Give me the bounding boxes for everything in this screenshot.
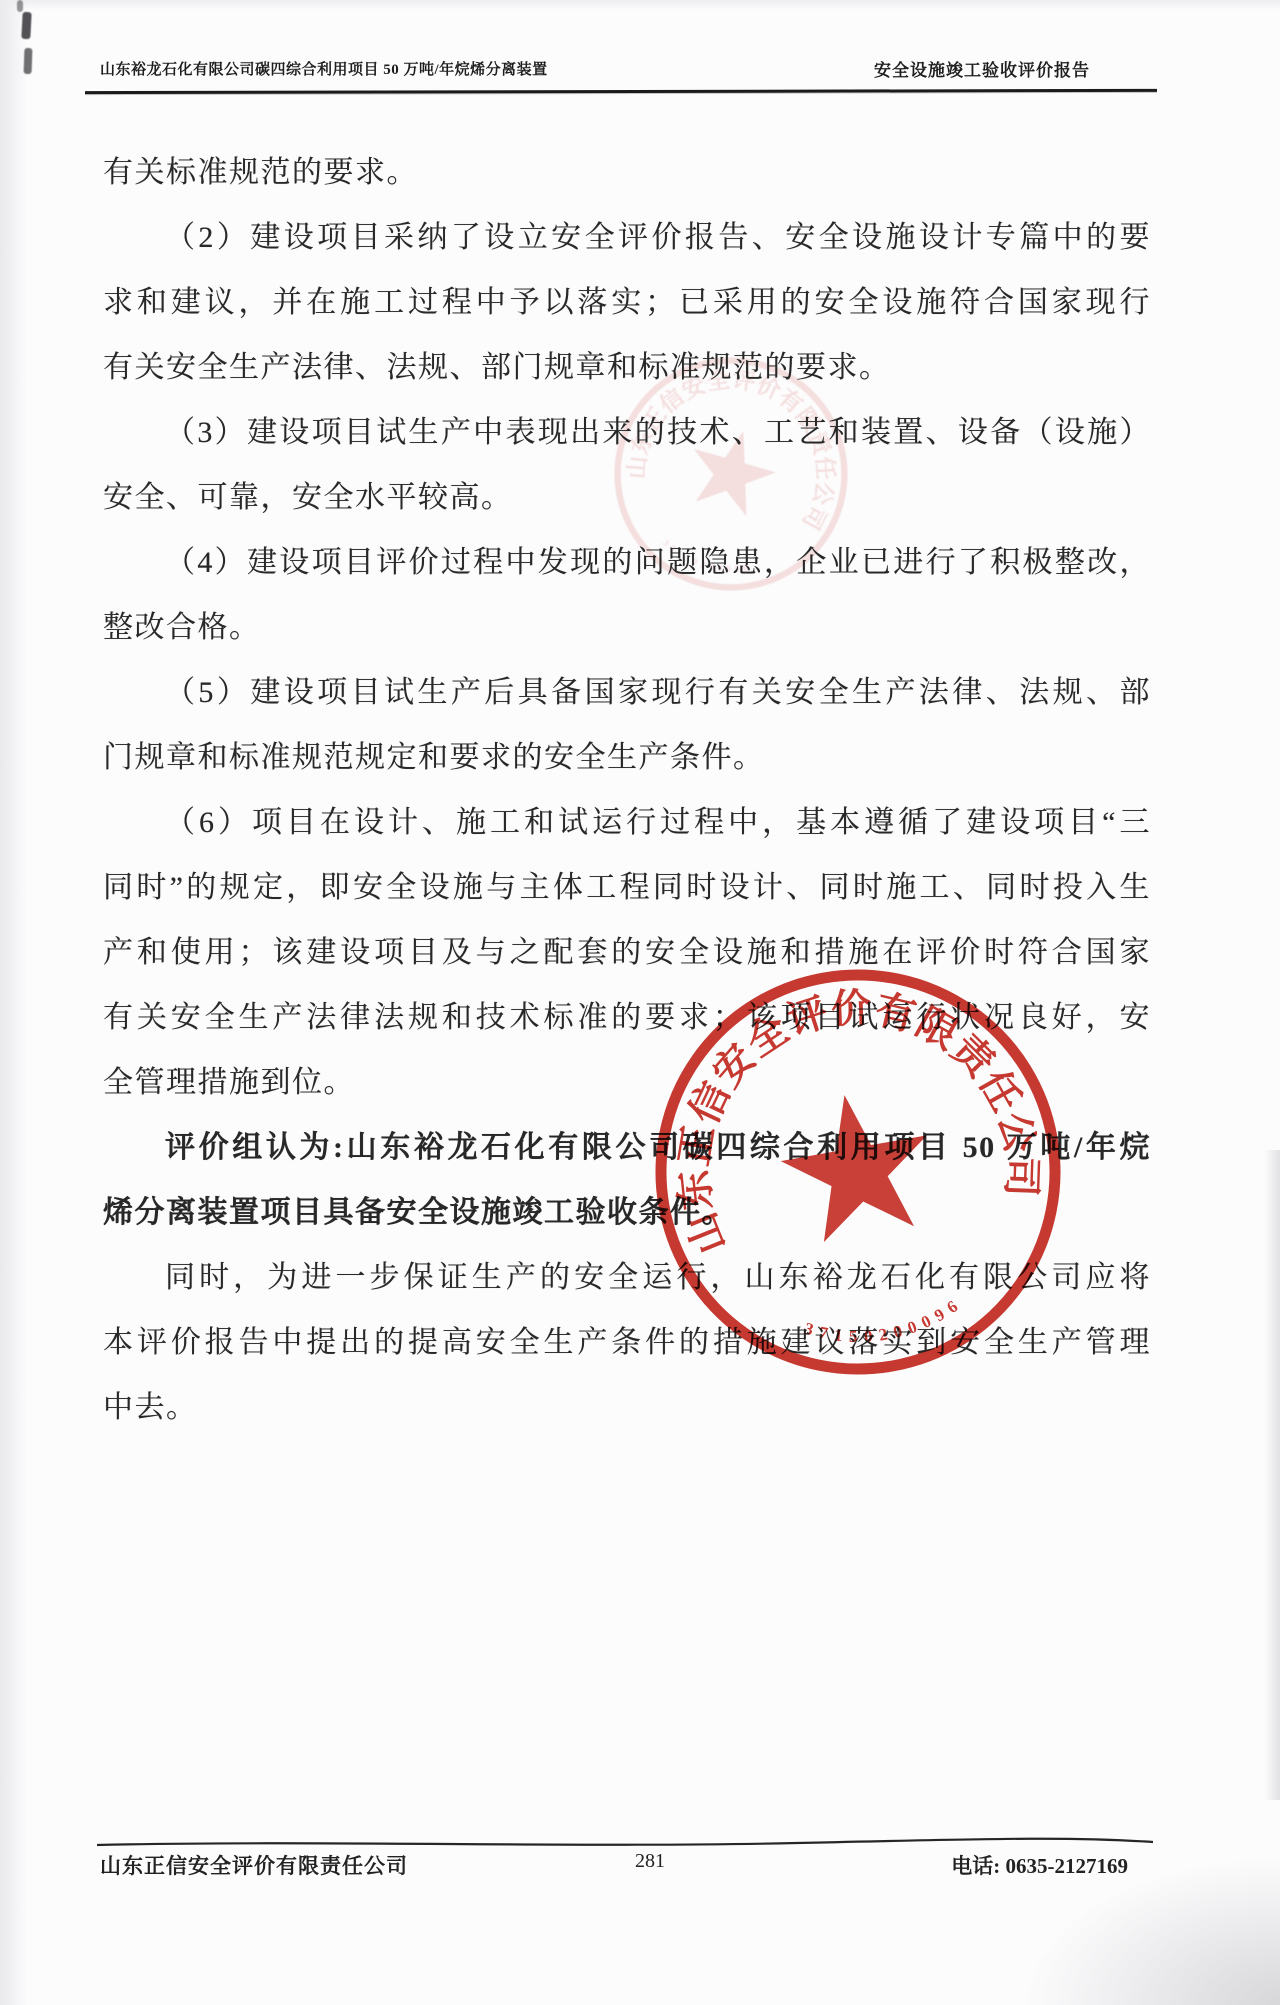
body-line: 同时”的规定，即安全设施与主体工程同时设计、同时施工、同时投入生 (103, 855, 1151, 920)
footer-page-number: 281 (600, 1850, 700, 1873)
body-line: 有关安全生产法律、法规、部门规章和标准规范的要求。 (103, 335, 1151, 400)
company-seal: 山东正信安全评价有限责任公司 37150200096 (621, 935, 1096, 1410)
body-line: 整改合格。 (103, 595, 1151, 660)
scan-left-shade (0, 0, 28, 2005)
body-line: 求和建议，并在施工过程中予以落实；已采用的安全设施符合国家现行 (103, 270, 1151, 335)
body-line: 有关标准规范的要求。 (103, 140, 1151, 205)
footer-company-name: 山东正信安全评价有限责任公司 (100, 1850, 408, 1880)
body-line: （3）建设项目试生产中表现出来的技术、工艺和装置、设备（设施） (103, 400, 1151, 465)
body-line: 中去。 (103, 1375, 1151, 1440)
body-line: 门规章和标准规范规定和要求的安全生产条件。 (103, 725, 1151, 790)
body-line: （6）项目在设计、施工和试运行过程中，基本遵循了建设项目“三 (103, 790, 1151, 855)
scan-top-shade (0, 0, 1280, 10)
document-page: 山东裕龙石化有限公司碳四综合利用项目 50 万吨/年烷烯分离装置 安全设施竣工验… (0, 0, 1280, 2005)
scan-artifact (21, 12, 31, 39)
body-line: （5）建设项目试生产后具备国家现行有关安全生产法律、法规、部 (103, 660, 1151, 725)
header-right-title: 安全设施竣工验收评价报告 (874, 56, 1090, 81)
header-rule (85, 89, 1157, 94)
footer-phone: 电话: 0635-2127169 (951, 1850, 1128, 1880)
body-line: （4）建设项目评价过程中发现的问题隐患，企业已进行了积极整改， (103, 530, 1151, 595)
body-line: （2）建设项目采纳了设立安全评价报告、安全设施设计专篇中的要 (103, 205, 1151, 270)
scan-right-edge-shade (1264, 1150, 1280, 1800)
footer-rule (97, 1836, 1153, 1850)
seal-star-icon (771, 1082, 942, 1247)
scan-artifact (24, 48, 33, 74)
body-line: 安全、可靠，安全水平较高。 (103, 465, 1151, 530)
header-left-title: 山东裕龙石化有限公司碳四综合利用项目 50 万吨/年烷烯分离装置 (100, 58, 548, 79)
scan-artifact (17, 0, 23, 12)
